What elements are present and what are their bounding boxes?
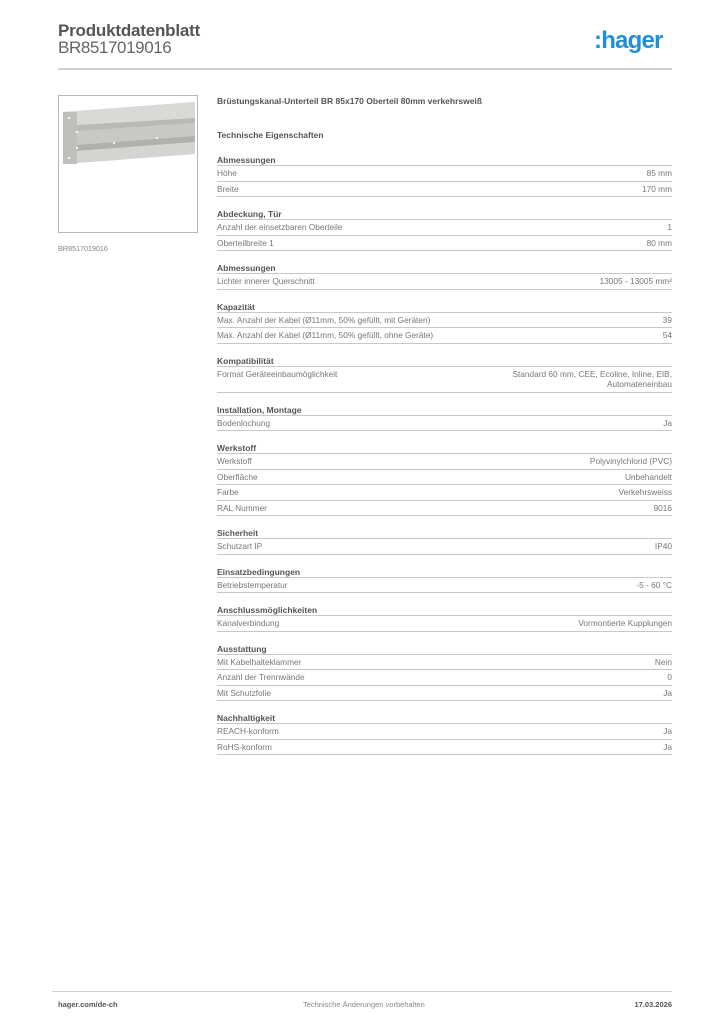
spec-value: Ja (663, 418, 672, 429)
spec-value: 54 (663, 330, 672, 341)
spec-row: Schutzart IPIP40 (217, 539, 672, 555)
spec-label: Anzahl der Trennwände (217, 672, 305, 683)
section-heading: Sicherheit (217, 527, 672, 539)
spec-row: RoHS-konformJa (217, 740, 672, 756)
spec-value: 9016 (654, 503, 672, 514)
spec-label: Breite (217, 184, 239, 195)
spec-row: Oberteilbreite 180 mm (217, 236, 672, 252)
spec-row: RAL Nummer9016 (217, 501, 672, 517)
spec-label: Oberteilbreite 1 (217, 238, 274, 249)
spec-value: 13005 - 13005 mm² (600, 276, 672, 287)
spec-label: Schutzart IP (217, 541, 262, 552)
article-number: BR8517019016 (58, 38, 171, 58)
spec-section: EinsatzbedingungenBetriebstemperatur-5 -… (217, 566, 672, 594)
spec-value: Verkehrsweiss (619, 487, 673, 498)
spec-label: Mit Kabelhalteklammer (217, 657, 301, 668)
spec-row: Lichter innerer Querschnitt13005 - 13005… (217, 274, 672, 290)
spec-section: WerkstoffWerkstoffPolyvinylchlorid (PVC)… (217, 442, 672, 516)
product-image (58, 95, 198, 233)
spec-section: KapazitätMax. Anzahl der Kabel (Ø11mm, 5… (217, 301, 672, 344)
spec-value: Nein (655, 657, 672, 668)
spec-label: Betriebstemperatur (217, 580, 288, 591)
spec-row: BodenlochungJa (217, 416, 672, 432)
spec-row: Anzahl der Trennwände0 (217, 670, 672, 686)
spec-value: 0 (667, 672, 672, 683)
spec-label: Kanalverbindung (217, 618, 279, 629)
spec-label: REACH-konform (217, 726, 279, 737)
spec-section: NachhaltigkeitREACH-konformJaRoHS-konfor… (217, 712, 672, 755)
section-heading: Anschlussmöglichkeiten (217, 604, 672, 616)
spec-row: Betriebstemperatur-5 - 60 °C (217, 578, 672, 594)
spec-value: 80 mm (647, 238, 672, 249)
spec-row: Mit SchutzfolieJa (217, 686, 672, 702)
spec-label: Bodenlochung (217, 418, 270, 429)
section-heading: Abmessungen (217, 154, 672, 166)
specs-heading: Technische Eigenschaften (217, 130, 672, 142)
section-heading: Werkstoff (217, 442, 672, 454)
spec-label: Anzahl der einsetzbaren Oberteile (217, 222, 342, 233)
spec-row: Max. Anzahl der Kabel (Ø11mm, 50% gefüll… (217, 328, 672, 344)
section-heading: Einsatzbedingungen (217, 566, 672, 578)
spec-sections: AbmessungenHöhe85 mmBreite170 mmAbdeckun… (217, 154, 672, 755)
product-image-caption: BR8517019016 (58, 244, 108, 253)
spec-value: Unbehandelt (625, 472, 672, 483)
spec-row: KanalverbindungVormontierte Kupplungen (217, 616, 672, 632)
spec-value: 85 mm (647, 168, 672, 179)
spec-section: SicherheitSchutzart IPIP40 (217, 527, 672, 555)
spec-label: Höhe (217, 168, 237, 179)
spec-value: Ja (663, 688, 672, 699)
section-heading: Installation, Montage (217, 404, 672, 416)
spec-content: Brüstungskanal-Unterteil BR 85x170 Obert… (217, 96, 672, 766)
spec-section: AbmessungenHöhe85 mmBreite170 mm (217, 154, 672, 197)
spec-value: 1 (667, 222, 672, 233)
spec-row: Anzahl der einsetzbaren Oberteile1 (217, 220, 672, 236)
spec-section: Abdeckung, TürAnzahl der einsetzbaren Ob… (217, 208, 672, 251)
spec-label: Max. Anzahl der Kabel (Ø11mm, 50% gefüll… (217, 315, 430, 326)
product-title: Brüstungskanal-Unterteil BR 85x170 Obert… (217, 96, 672, 108)
spec-row: REACH-konformJa (217, 724, 672, 740)
spec-label: Farbe (217, 487, 239, 498)
section-heading: Nachhaltigkeit (217, 712, 672, 724)
spec-row: Format GeräteeinbaumöglichkeitStandard 6… (217, 367, 672, 393)
section-heading: Ausstattung (217, 643, 672, 655)
section-heading: Kapazität (217, 301, 672, 313)
spec-row: Max. Anzahl der Kabel (Ø11mm, 50% gefüll… (217, 313, 672, 329)
spec-section: AnschlussmöglichkeitenKanalverbindungVor… (217, 604, 672, 632)
spec-value: IP40 (655, 541, 672, 552)
spec-label: Max. Anzahl der Kabel (Ø11mm, 50% gefüll… (217, 330, 433, 341)
spec-label: Lichter innerer Querschnitt (217, 276, 315, 287)
section-heading: Kompatibilität (217, 355, 672, 367)
spec-row: Breite170 mm (217, 182, 672, 198)
header-divider (58, 68, 672, 70)
spec-value: Ja (663, 726, 672, 737)
spec-label: Oberfläche (217, 472, 258, 483)
cable-duct-illustration-icon (59, 96, 198, 233)
footer-website-link[interactable]: hager.com/de-ch (58, 1000, 118, 1009)
hager-logo: :hager (594, 27, 663, 55)
spec-row: Höhe85 mm (217, 166, 672, 182)
spec-value: Polyvinylchlorid (PVC) (590, 456, 672, 467)
section-heading: Abdeckung, Tür (217, 208, 672, 220)
spec-row: Mit KabelhalteklammerNein (217, 655, 672, 671)
spec-label: Format Geräteeinbaumöglichkeit (217, 369, 337, 380)
spec-value: Vormontierte Kupplungen (578, 618, 672, 629)
spec-value: Standard 60 mm, CEE, Ecoline, Inline, EI… (472, 369, 672, 390)
spec-label: Werkstoff (217, 456, 252, 467)
spec-section: AusstattungMit KabelhalteklammerNeinAnza… (217, 643, 672, 702)
spec-label: Mit Schutzfolie (217, 688, 271, 699)
footer-divider (52, 991, 672, 992)
spec-row: OberflächeUnbehandelt (217, 470, 672, 486)
spec-row: FarbeVerkehrsweiss (217, 485, 672, 501)
spec-section: AbmessungenLichter innerer Querschnitt13… (217, 262, 672, 290)
spec-value: 170 mm (642, 184, 672, 195)
spec-section: KompatibilitätFormat Geräteeinbaumöglich… (217, 355, 672, 393)
spec-label: RoHS-konform (217, 742, 272, 753)
spec-section: Installation, MontageBodenlochungJa (217, 404, 672, 432)
spec-value: Ja (663, 742, 672, 753)
spec-label: RAL Nummer (217, 503, 267, 514)
footer-disclaimer: Technische Änderungen vorbehalten (303, 1000, 425, 1009)
section-heading: Abmessungen (217, 262, 672, 274)
spec-value: 39 (663, 315, 672, 326)
spec-value: -5 - 60 °C (636, 580, 672, 591)
footer-date: 17.03.2026 (634, 1000, 672, 1009)
spec-row: WerkstoffPolyvinylchlorid (PVC) (217, 454, 672, 470)
